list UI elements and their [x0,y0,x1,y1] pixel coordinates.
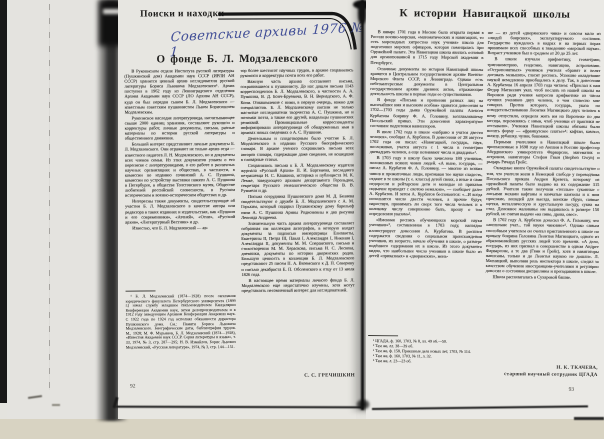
scan-artifact-dash [574,417,604,420]
right-page: К истории Навигацкой школы В январе 1701… [366,0,604,419]
paragraph: В 1702 году А. Курбатов доносил Ф. А. Го… [486,217,599,274]
author-signature-right: Н. К. ТКАЧЕВА, старший научный сотрудник… [485,364,598,379]
footnote-rule [368,335,398,336]
footnote-rule [126,290,156,291]
paragraph: Деятельным и плодотворным было участие Б… [241,136,354,162]
paragraph: В настоящее время материалы личного фонд… [241,277,354,293]
right-page-column-1: В январе 1701 года в Москве была открыта… [368,29,484,332]
left-page: Поиски и находки Советские архивы 1976 №… [118,0,356,419]
paragraph: Основные документы по истории Навигацкой… [370,66,483,98]
paragraph: В 1703 году в школу было зачислено 180 у… [369,155,483,217]
paragraph: Окладные книги Оружейной палаты свидетел… [486,165,599,217]
footnote-text: ¹ Б. Л. Модзалевский (1874—1928) после о… [126,294,236,350]
paragraph: ше — из детей «дворянского чина» и совсе… [488,30,601,56]
right-page-footnotes: ¹ ЦГАДА, ф. 160, 1703, № 8, лл. 49 об.—5… [368,335,478,380]
paragraph: В июле 1702 года в школе «набрано и учат… [370,129,483,155]
paragraph: В январе 1701 года в Москве была открыта… [370,29,483,66]
paragraph: тор более шестисот научных трудов, в арх… [240,67,353,78]
author-role: старший научный сотрудник ЦГАДА [485,371,598,379]
scan-speck [52,404,60,406]
paragraph: «Именная роспись обучающихся морской нау… [369,217,482,259]
article-title: О фонде Б. Л. Модзалевского [142,53,332,66]
left-page-number: 92 [130,384,136,390]
paragraph: Значительную часть архива литературоведа… [241,220,354,277]
book-spread: Поиски и находки Советские архивы 1976 №… [0,0,604,419]
paragraph: Интересны также документы, свидетельству… [125,198,235,224]
paragraph: Первыми учителями в Навигацкой школе был… [487,139,600,165]
right-page-header: К истории Навигацкой школы [378,7,592,21]
right-page-number: 93 [569,387,575,393]
left-page-footnote: ¹ Б. Л. Модзалевский (1874—1928) после о… [126,290,236,381]
author-signature-left: С. С. ГРЕЧИШКИН [242,373,355,379]
paragraph: В школе изучали арифметику, геометрию, т… [487,56,601,138]
page-crease-line [49,4,50,390]
scan-edge-strip [0,0,7,403]
paragraph: В фонде «Письма и прошения разных лиц на… [370,97,483,129]
left-page-margin [7,0,103,419]
paragraph: Рукописное наследие литературоведа, насч… [125,115,235,141]
paragraph: В Рукописном отделе Института русской ли… [124,68,234,114]
paragraph: Известно, что Б. Л. Модзалевский — ав- [125,225,235,231]
left-page-column-2: тор более шестисот научных трудов, в арх… [240,67,355,368]
left-page-column-1: В Рукописном отделе Института русской ли… [124,68,235,285]
paragraph: Важную часть архива составляют письма, с… [240,79,353,136]
paragraph: Большой интерес представляют личные доку… [125,141,235,198]
footnote-text: ⁵ Там же, л. 23—23 об. [368,359,478,365]
section-header: Поиски и находки [140,9,224,19]
right-page-column-2: ше — из детей «дворянского чина» и совсе… [485,30,601,363]
paragraph: Сохранились письма к Б. Л. Модзалевскому… [241,162,354,193]
paragraph: Школа располагалась в Сухаревой башне. [486,274,599,280]
paragraph: Письма сотрудника Пушкинского дома М. Д.… [241,194,354,220]
gutter-ink-drip [358,2,366,24]
gutter-bottom-knot [356,399,370,410]
